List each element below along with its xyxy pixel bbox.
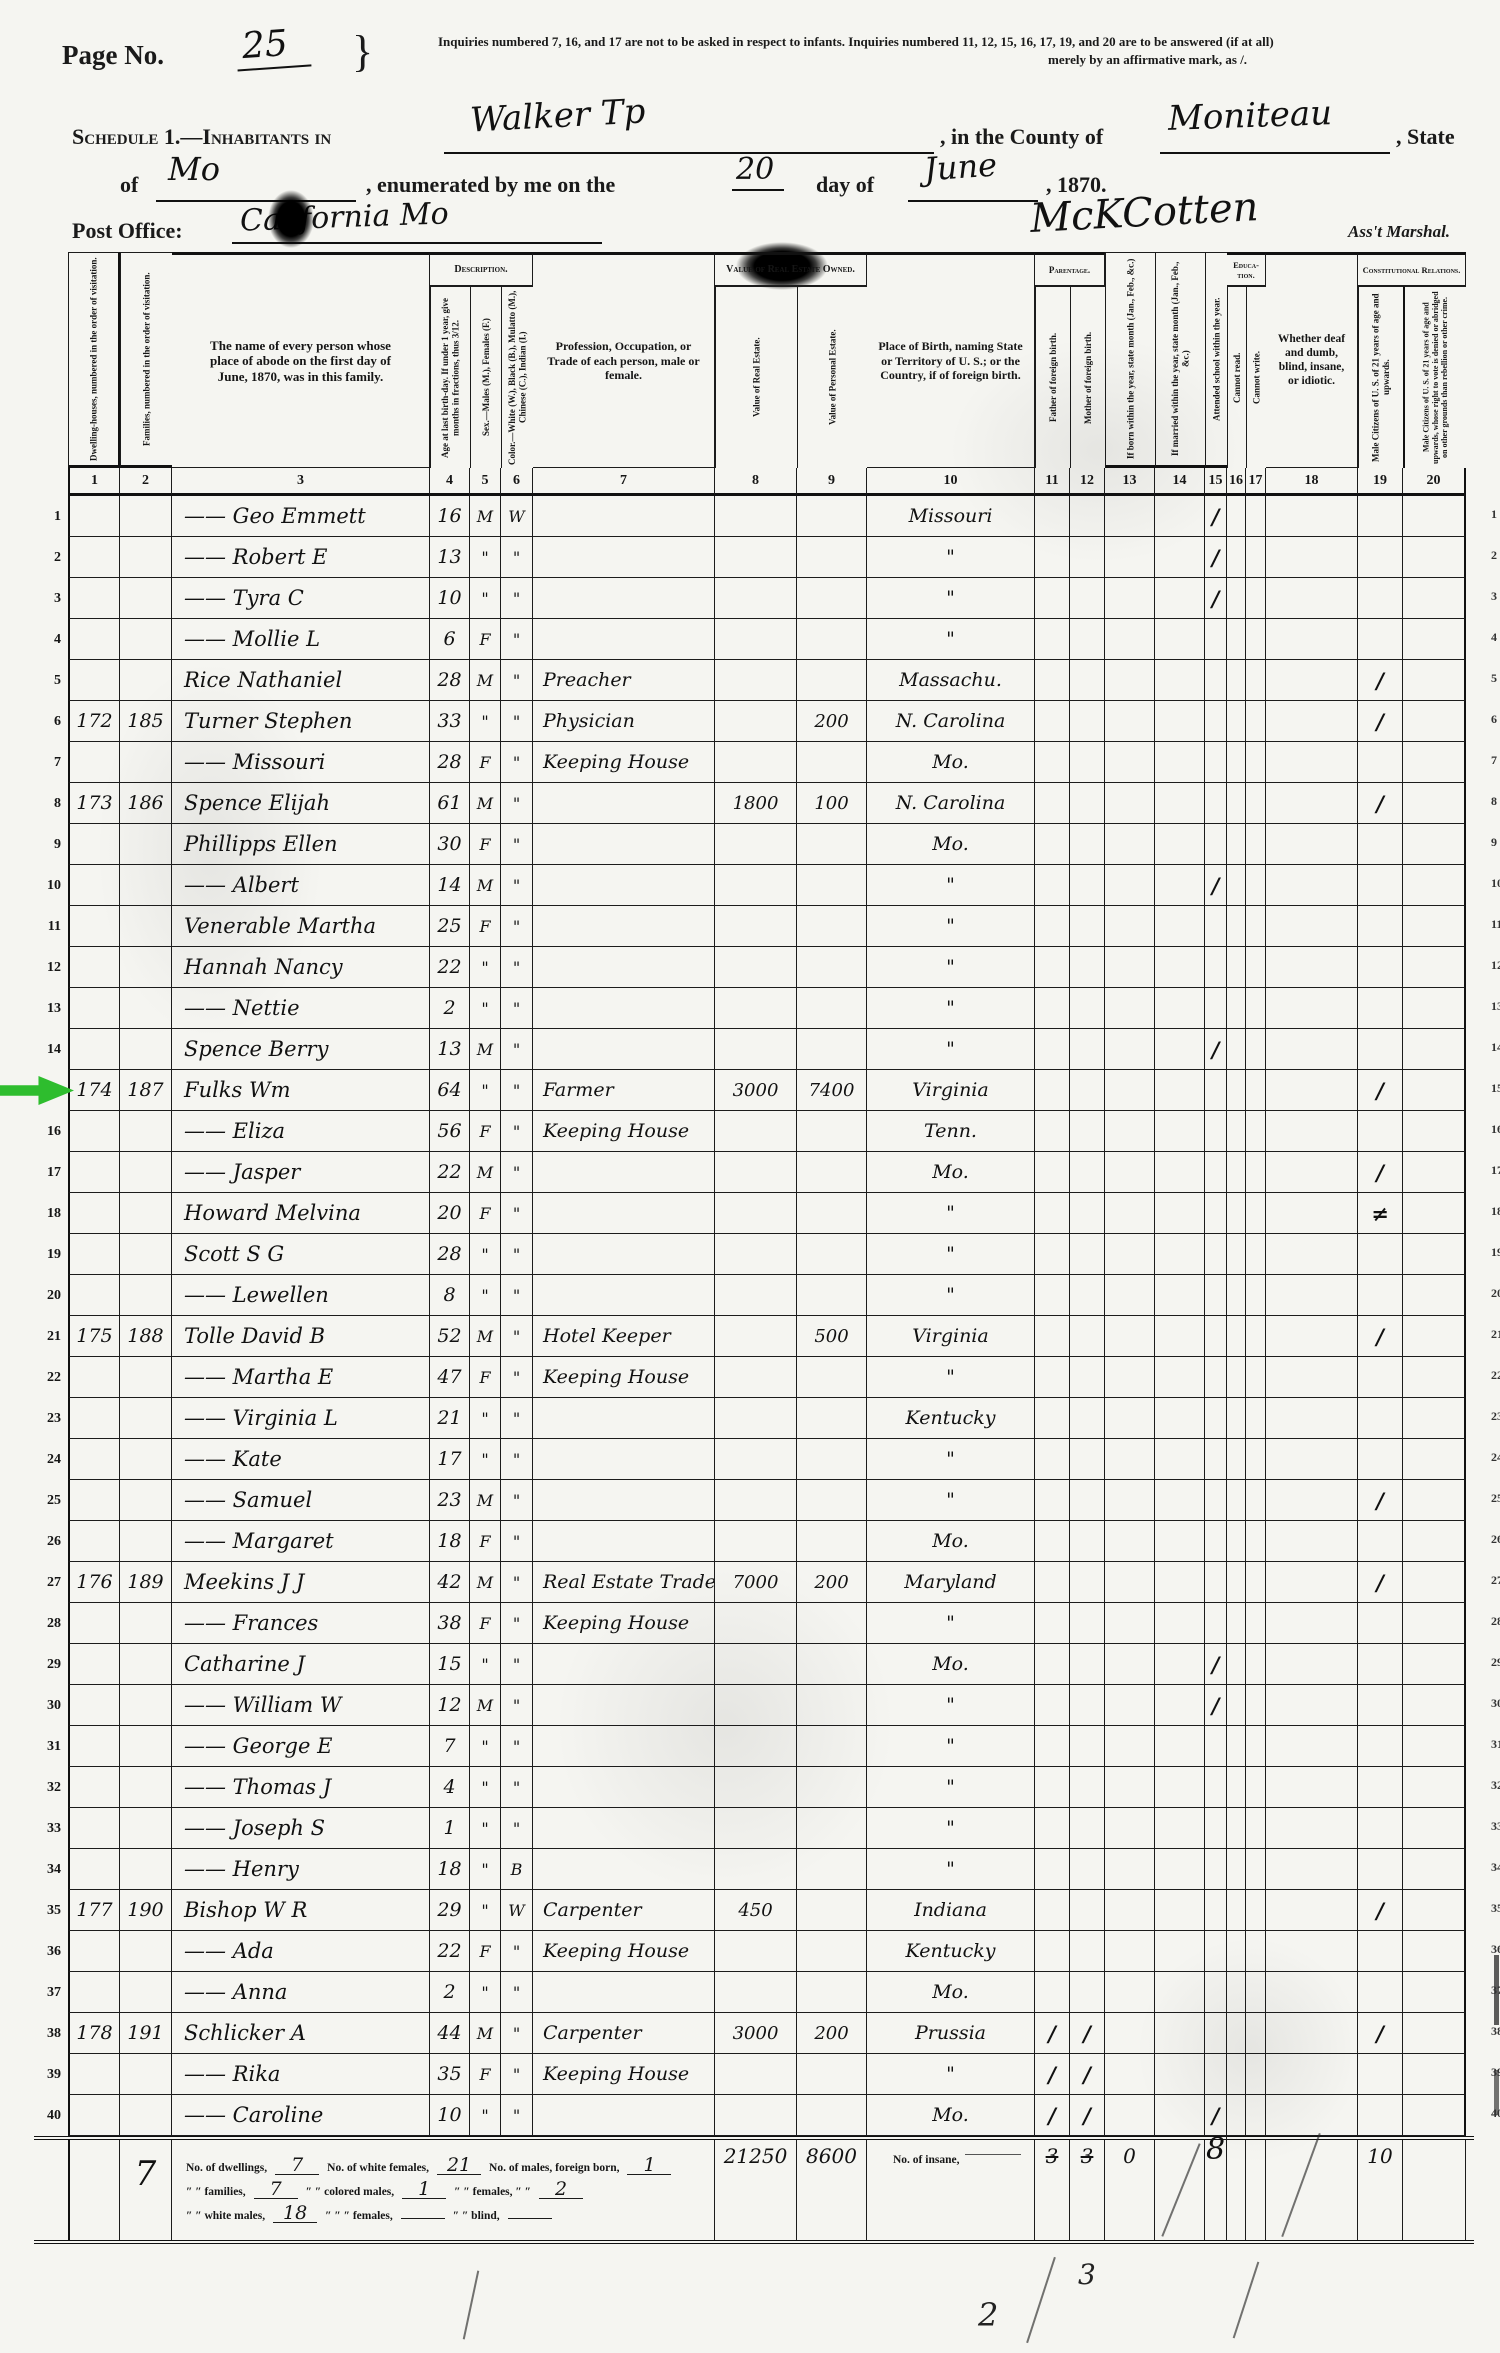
cell-birthplace: " [867,1603,1035,1644]
cell-real-estate [715,947,797,988]
cell-c13 [1105,988,1155,1029]
cell-c18 [1266,701,1358,742]
cell-c20 [1403,988,1466,1029]
stray-mark-3: 3 [1078,2258,1096,2291]
census-grid: Dwelling-houses, numbered in the order o… [34,252,1474,2136]
cell-c14 [1155,1357,1205,1398]
column-number: 11 [1035,468,1070,496]
page-no-brace: } [352,26,373,77]
cell-c14 [1155,1193,1205,1234]
cell-age: 47 [430,1357,470,1398]
row-number: 25 [34,1480,68,1521]
cell-family [120,988,172,1029]
cell-c12 [1070,1603,1105,1644]
cell-birthplace: Mo. [867,2095,1035,2136]
cell-c19: / [1358,1070,1403,1111]
cell-c18 [1266,1152,1358,1193]
cell-real-estate [715,496,797,537]
cell-c12 [1070,1152,1105,1193]
cell-c20 [1403,578,1466,619]
right-row-number: 16 [1491,1122,1500,1137]
cell-birthplace: Mo. [867,824,1035,865]
cell-birthplace: Mo. [867,1644,1035,1685]
cell-real-estate [715,1603,797,1644]
cell-c14 [1155,2095,1205,2136]
cell-c13 [1105,865,1155,906]
cell-family [120,1726,172,1767]
cell-c13 [1105,1849,1155,1890]
cell-real-estate [715,1357,797,1398]
right-row-number: 15 [1491,1081,1500,1096]
cell-birthplace: Kentucky [867,1398,1035,1439]
stat-value: 1 [402,2181,446,2199]
cell-color: " [501,1972,533,2013]
cell-birthplace: N. Carolina [867,701,1035,742]
cell-c17 [1246,1275,1266,1316]
cell-c17 [1246,947,1266,988]
total-personal-estate: 8600 [797,2140,867,2240]
state-suffix: , State [1396,124,1455,150]
cell-occupation: Keeping House [533,1357,715,1398]
cell-c12 [1070,660,1105,701]
cell-c12 [1070,1849,1105,1890]
cell-occupation: Carpenter [533,2013,715,2054]
cell-real-estate [715,1726,797,1767]
cell-name: —— Missouri [172,742,430,783]
header-cannot-read: Cannot read. [1227,286,1246,468]
cell-c19: / [1358,1316,1403,1357]
stat-label: No. of dwellings, [186,2162,267,2174]
cell-c13 [1105,537,1155,578]
cell-c20 [1403,2054,1466,2095]
cell-c13 [1105,2054,1155,2095]
cell-c11: / [1035,2095,1070,2136]
cell-c11 [1035,988,1070,1029]
cell-real-estate [715,1685,797,1726]
cell-personal-estate [797,1275,867,1316]
stat-value [508,2218,552,2219]
right-row-number: 24 [1491,1450,1500,1465]
right-row-number: 2 [1491,548,1500,563]
cell-name: Scott S G [172,1234,430,1275]
cell-personal-estate: 200 [797,701,867,742]
cell-c13 [1105,1439,1155,1480]
cell-c19 [1358,619,1403,660]
cell-name: —— Rika [172,2054,430,2095]
cell-name: —— Henry [172,1849,430,1890]
cell-c16 [1227,1111,1246,1152]
cell-dwelling [68,1234,120,1275]
cell-color: " [501,1808,533,1849]
cell-name: —— Lewellen [172,1275,430,1316]
column-number: 7 [533,468,715,496]
column-number: 10 [867,468,1035,496]
cell-name: Hannah Nancy [172,947,430,988]
cell-age: 16 [430,496,470,537]
cell-personal-estate [797,537,867,578]
cell-c19: / [1358,1152,1403,1193]
cell-c17 [1246,1931,1266,1972]
right-row-number: 37 [1491,1983,1500,1998]
stat-label: ″ ″ white males, [186,2210,265,2222]
column-number: 16 [1227,468,1246,496]
cell-birthplace: " [867,1480,1035,1521]
cell-c14 [1155,1521,1205,1562]
cell-c12 [1070,1562,1105,1603]
right-row-number: 4 [1491,630,1500,645]
cell-real-estate [715,1275,797,1316]
cell-dwelling [68,742,120,783]
cell-c12 [1070,1644,1105,1685]
cell-family [120,578,172,619]
cell-c19 [1358,1767,1403,1808]
cell-name: —— Albert [172,865,430,906]
cell-occupation [533,1275,715,1316]
cell-c19 [1358,1726,1403,1767]
cell-age: 52 [430,1316,470,1357]
cell-dwelling [68,1849,120,1890]
cell-c11 [1035,1726,1070,1767]
cell-family [120,1398,172,1439]
cell-dwelling [68,1111,120,1152]
row-number: 3 [34,578,68,619]
cell-family [120,1603,172,1644]
cell-name: —— Tyra C [172,578,430,619]
cell-family [120,1685,172,1726]
cell-name: —— Frances [172,1603,430,1644]
cell-c12 [1070,783,1105,824]
stat-label: No. of males, foreign born, [489,2162,619,2174]
cell-c11 [1035,1767,1070,1808]
cell-birthplace: Mo. [867,742,1035,783]
cell-age: 13 [430,1029,470,1070]
cell-age: 2 [430,988,470,1029]
cell-age: 6 [430,619,470,660]
cell-c12 [1070,496,1105,537]
cell-name: —— Thomas J [172,1767,430,1808]
cell-family [120,496,172,537]
cell-real-estate [715,1029,797,1070]
column-number: 18 [1266,468,1358,496]
cell-c14 [1155,1029,1205,1070]
row-number: 10 [34,865,68,906]
cell-c19 [1358,1357,1403,1398]
cell-real-estate [715,1234,797,1275]
cell-age: 44 [430,2013,470,2054]
cell-c14 [1155,1234,1205,1275]
cell-family: 187 [120,1070,172,1111]
cell-occupation [533,1439,715,1480]
cell-c14 [1155,783,1205,824]
county-label: , in the County of [940,124,1103,150]
cell-color: " [501,1275,533,1316]
cell-c18 [1266,1439,1358,1480]
cell-c17 [1246,865,1266,906]
cell-c17 [1246,2095,1266,2136]
cell-real-estate [715,1111,797,1152]
right-row-number: 29 [1491,1655,1500,1670]
cell-personal-estate [797,947,867,988]
cell-sex: " [470,1439,501,1480]
cell-c12 [1070,619,1105,660]
cell-c19 [1358,1685,1403,1726]
cell-c13 [1105,783,1155,824]
stat-value: 2 [539,2181,583,2199]
cell-c13 [1105,619,1155,660]
cell-c19 [1358,1603,1403,1644]
cell-c16 [1227,1070,1246,1111]
cell-c15 [1205,2054,1227,2095]
post-office-label: Post Office: [72,218,183,244]
cell-color: " [501,1603,533,1644]
cell-c11 [1035,537,1070,578]
cell-c19: / [1358,701,1403,742]
cell-c15 [1205,1480,1227,1521]
cell-age: 4 [430,1767,470,1808]
cell-age: 28 [430,660,470,701]
stat-label: ″ ″ blind, [453,2210,500,2222]
cell-c20 [1403,1316,1466,1357]
page-no-label: Page No. [62,40,164,71]
cell-c20 [1403,906,1466,947]
cell-real-estate [715,2054,797,2095]
cell-c20 [1403,1357,1466,1398]
marshal-title: Ass't Marshal. [1348,222,1450,242]
row-number: 33 [34,1808,68,1849]
header-age: Age at last birth-day. If under 1 year, … [430,286,470,468]
cell-c19: ≠ [1358,1193,1403,1234]
cell-birthplace: N. Carolina [867,783,1035,824]
scanned-census-page: { "page": { "label": "Page No.", "number… [0,0,1500,2353]
cell-c16 [1227,1767,1246,1808]
cell-c11 [1035,1439,1070,1480]
cell-c20 [1403,1603,1466,1644]
cell-c17 [1246,988,1266,1029]
cell-c18 [1266,1972,1358,2013]
cell-dwelling [68,1726,120,1767]
cell-name: —— Margaret [172,1521,430,1562]
cell-c15 [1205,1316,1227,1357]
cell-c11 [1035,783,1070,824]
cell-c18 [1266,1808,1358,1849]
cell-color: B [501,1849,533,1890]
cell-personal-estate [797,1029,867,1070]
stat-label: ″ ″ colored males, [306,2186,395,2198]
header-color: Color.—White (W.), Black (B.), Mulatto (… [501,286,533,468]
cell-c16 [1227,783,1246,824]
cell-c20 [1403,824,1466,865]
cell-c20 [1403,1849,1466,1890]
cell-real-estate [715,1152,797,1193]
cell-real-estate [715,1316,797,1357]
cell-sex: " [470,701,501,742]
cell-sex: " [470,1070,501,1111]
cell-c20 [1403,865,1466,906]
row-number: 23 [34,1398,68,1439]
cell-birthplace: " [867,906,1035,947]
cell-c16 [1227,2013,1246,2054]
cell-c14 [1155,1316,1205,1357]
stat-value: 7 [275,2157,319,2175]
cell-c11 [1035,496,1070,537]
right-row-number: 22 [1491,1368,1500,1383]
cell-birthplace: Mo. [867,1972,1035,2013]
cell-family [120,1234,172,1275]
cell-family [120,619,172,660]
row-number: 39 [34,2054,68,2095]
cell-c14 [1155,1562,1205,1603]
header-attended-school: Attended school within the year. [1205,252,1227,468]
column-number: 5 [470,468,501,496]
cell-birthplace: " [867,578,1035,619]
header-group-description: Description. [430,252,533,286]
cell-name: —— Caroline [172,2095,430,2136]
cell-personal-estate [797,1603,867,1644]
row-number: 9 [34,824,68,865]
day-of-label: day of [816,172,874,198]
stat-value: 21 [437,2157,481,2175]
cell-c12 [1070,1480,1105,1521]
row-number: 16 [34,1111,68,1152]
cell-birthplace: Prussia [867,2013,1035,2054]
cell-c17 [1246,578,1266,619]
cell-c18 [1266,1111,1358,1152]
cell-c11: / [1035,2054,1070,2095]
cell-birthplace: " [867,619,1035,660]
cell-c15 [1205,1972,1227,2013]
cell-c20 [1403,1275,1466,1316]
cell-personal-estate [797,1849,867,1890]
cell-c11 [1035,1111,1070,1152]
cell-c20 [1403,1767,1466,1808]
cell-c20 [1403,619,1466,660]
cell-color: " [501,742,533,783]
cell-age: 17 [430,1439,470,1480]
cell-c19 [1358,537,1403,578]
cell-c14 [1155,1398,1205,1439]
cell-c16 [1227,1480,1246,1521]
cell-c12 [1070,537,1105,578]
cell-real-estate [715,1931,797,1972]
cell-c18 [1266,988,1358,1029]
cell-c11 [1035,660,1070,701]
cell-dwelling [68,947,120,988]
cell-occupation: Keeping House [533,742,715,783]
cell-birthplace: " [867,1439,1035,1480]
cell-personal-estate [797,1644,867,1685]
cell-c18 [1266,1726,1358,1767]
cell-c12 [1070,1070,1105,1111]
cell-c18 [1266,1849,1358,1890]
row-number: 19 [34,1234,68,1275]
right-row-number: 38 [1491,2024,1500,2039]
cell-occupation [533,1644,715,1685]
cell-age: 30 [430,824,470,865]
right-row-number: 18 [1491,1204,1500,1219]
cell-occupation [533,1808,715,1849]
cell-personal-estate: 500 [797,1316,867,1357]
cell-c14 [1155,988,1205,1029]
cell-c20 [1403,1070,1466,1111]
cell-c19 [1358,988,1403,1029]
cell-c15 [1205,1357,1227,1398]
cell-c13 [1105,1398,1155,1439]
cell-personal-estate [797,1480,867,1521]
cell-c14 [1155,1726,1205,1767]
cell-dwelling [68,2095,120,2136]
cell-occupation [533,1685,715,1726]
cell-c11 [1035,947,1070,988]
cell-sex: F [470,1357,501,1398]
month-underline [908,200,1038,202]
cell-birthplace: Tenn. [867,1111,1035,1152]
cell-name: Catharine J [172,1644,430,1685]
cell-age: 22 [430,1152,470,1193]
cell-personal-estate [797,496,867,537]
cell-c16 [1227,1521,1246,1562]
cell-c15 [1205,1193,1227,1234]
cell-c19: / [1358,2013,1403,2054]
cell-dwelling: 172 [68,701,120,742]
cell-dwelling: 173 [68,783,120,824]
cell-c19 [1358,1972,1403,2013]
cell-c19 [1358,2095,1403,2136]
header-personal-estate: Value of Personal Estate. [797,286,867,468]
cell-dwelling [68,1029,120,1070]
cell-c15: / [1205,496,1227,537]
row-number: 5 [34,660,68,701]
cell-color: " [501,865,533,906]
cell-c12: / [1070,2054,1105,2095]
cell-sex: M [470,1685,501,1726]
cell-personal-estate [797,1726,867,1767]
cell-occupation [533,1726,715,1767]
notice-line1: Inquiries numbered 7, 16, and 17 are not… [438,34,1498,50]
cell-c12 [1070,1685,1105,1726]
cell-birthplace: " [867,1808,1035,1849]
total-male-citizens: 10 [1358,2140,1403,2240]
cell-c17 [1246,906,1266,947]
cell-age: 21 [430,1398,470,1439]
cell-c13 [1105,1890,1155,1931]
band-gutter [34,2140,68,2240]
column-number: 2 [120,468,172,496]
cell-c12 [1070,1398,1105,1439]
totals-band: 7 No. of dwellings,7 No. of white female… [34,2136,1474,2244]
cell-c19 [1358,496,1403,537]
cell-color: " [501,2095,533,2136]
cell-dwelling [68,1644,120,1685]
cell-c17 [1246,1726,1266,1767]
cell-personal-estate [797,1234,867,1275]
cell-c14 [1155,1972,1205,2013]
footer-big-mark: 7 [120,2140,172,2240]
cell-c18 [1266,2013,1358,2054]
township-value: Walker Tp [469,91,646,140]
cell-dwelling [68,1767,120,1808]
cell-occupation: Carpenter [533,1890,715,1931]
cell-c15 [1205,1070,1227,1111]
cell-age: 33 [430,701,470,742]
cell-c17 [1246,1644,1266,1685]
cell-c14 [1155,1070,1205,1111]
cell-c17 [1246,1070,1266,1111]
cell-c16 [1227,537,1246,578]
cell-c20 [1403,947,1466,988]
cell-sex: " [470,1808,501,1849]
cell-sex: M [470,783,501,824]
cell-c13 [1105,1275,1155,1316]
